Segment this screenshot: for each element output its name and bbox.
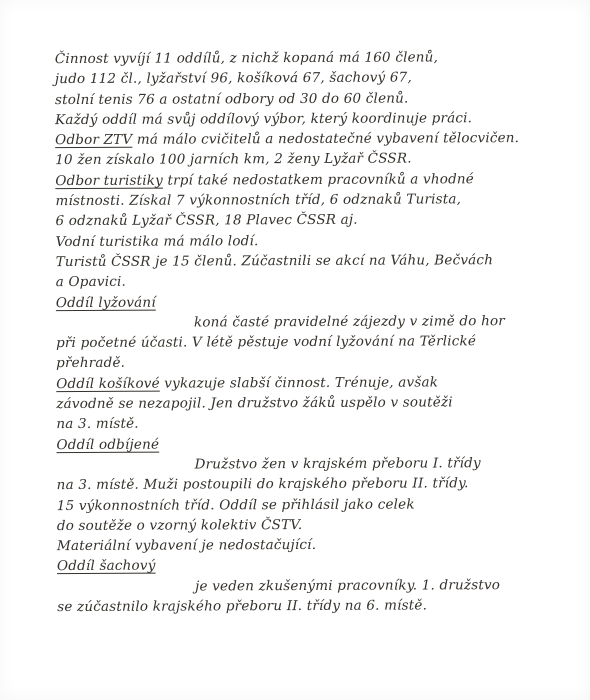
- handwritten-line: Turistů ČSSR je 15 členů. Zúčastnili se …: [56, 250, 556, 272]
- text-segment: na 3. místě.: [56, 416, 138, 432]
- handwritten-line: na 3. místě. Muži postoupili do krajskéh…: [57, 473, 557, 495]
- handwritten-line: Materiální vybavení je nedostačující.: [57, 534, 557, 556]
- handwritten-line: místnosti. Získal 7 výkonnostních tříd, …: [55, 189, 555, 211]
- text-segment: při početné účasti. V létě pěstuje vodní…: [56, 333, 476, 351]
- handwritten-line: Odbor turistiky trpí také nedostatkem pr…: [55, 169, 555, 191]
- handwritten-line: judo 112 čl., lyžařství 96, košíková 67,…: [55, 67, 555, 89]
- text-segment: do soutěže o vzorný kolektiv ČSTV.: [57, 517, 303, 534]
- text-segment: na 3. místě. Muži postoupili do krajskéh…: [57, 476, 469, 494]
- text-segment: vykazuje slabší činnost. Trénuje, avšak: [160, 374, 438, 391]
- text-segment: je veden zkušenými pracovníky. 1. družst…: [195, 577, 500, 594]
- text-segment: přehradě.: [56, 355, 125, 371]
- text-segment: místnosti. Získal 7 výkonnostních tříd, …: [55, 191, 461, 209]
- underlined-heading: Odbor turistiky: [55, 172, 163, 188]
- text-segment: koná časté pravidelné zájezdy v zimě do …: [194, 313, 505, 330]
- handwritten-line: Odbor ZTV má málo cvičitelů a nedostateč…: [55, 128, 555, 150]
- text-segment: Družstvo žen v krajském přeboru I. třídy: [195, 455, 481, 472]
- handwritten-line: se zúčastnilo krajského přeboru II. tříd…: [57, 595, 557, 617]
- text-segment: Činnost vyvíjí 11 oddílů, z nichž kopaná…: [55, 49, 438, 67]
- scanned-page: Činnost vyvíjí 11 oddílů, z nichž kopaná…: [0, 0, 590, 700]
- text-segment: má málo cvičitelů a nedostatečné vybaven…: [132, 130, 519, 148]
- text-segment: 6 odznaků Lyžař ČSSR, 18 Plavec ČSSR aj.: [55, 212, 357, 229]
- handwritten-line: Oddíl košíkové vykazuje slabší činnost. …: [56, 372, 556, 394]
- handwritten-line: Oddíl odbíjené: [56, 433, 556, 455]
- handwritten-line: je veden zkušenými pracovníky. 1. družst…: [57, 575, 557, 597]
- handwritten-line: stolní tenis 76 a ostatní odbory od 30 d…: [55, 88, 555, 110]
- underlined-heading: Oddíl lyžování: [56, 294, 156, 310]
- handwritten-line: na 3. místě.: [56, 412, 556, 434]
- text-segment: stolní tenis 76 a ostatní odbory od 30 d…: [55, 90, 409, 108]
- text-segment: 15 výkonnostních tříd. Oddíl se přihlási…: [57, 496, 415, 514]
- text-segment: a Opavici.: [56, 274, 126, 290]
- text-segment: Materiální vybavení je nedostačující.: [57, 537, 316, 554]
- handwritten-line: 10 žen získalo 100 jarních km, 2 ženy Ly…: [55, 148, 555, 170]
- text-segment: se zúčastnilo krajského přeboru II. tříd…: [57, 597, 427, 615]
- handwritten-line: Činnost vyvíjí 11 oddílů, z nichž kopaná…: [55, 47, 555, 69]
- text-segment: závodně se nezapojil. Jen družstvo žáků …: [56, 394, 453, 412]
- handwritten-line: přehradě.: [56, 351, 556, 373]
- text-segment: Vodní turistika má málo lodí.: [56, 233, 259, 250]
- text-segment: trpí také nedostatkem pracovníků a vhodn…: [163, 171, 474, 188]
- underlined-heading: Oddíl šachový: [57, 558, 156, 574]
- handwritten-line: do soutěže o vzorný kolektiv ČSTV.: [57, 514, 557, 536]
- handwritten-line: koná časté pravidelné zájezdy v zimě do …: [56, 311, 556, 333]
- text-segment: Každý oddíl má svůj oddílový výbor, kter…: [55, 110, 472, 128]
- underlined-heading: Oddíl odbíjené: [56, 436, 159, 452]
- handwritten-line: Oddíl šachový: [57, 554, 557, 576]
- handwritten-line: 15 výkonnostních tříd. Oddíl se přihlási…: [57, 493, 557, 515]
- text-segment: judo 112 čl., lyžařství 96, košíková 67,…: [55, 70, 412, 88]
- underlined-heading: Odbor ZTV: [55, 132, 132, 148]
- handwritten-line: Vodní turistika má málo lodí.: [56, 230, 556, 252]
- handwritten-line: a Opavici.: [56, 270, 556, 292]
- handwritten-line: Družstvo žen v krajském přeboru I. třídy: [57, 453, 557, 475]
- text-segment: Turistů ČSSR je 15 členů. Zúčastnili se …: [56, 252, 493, 270]
- handwritten-line: při početné účasti. V létě pěstuje vodní…: [56, 331, 556, 353]
- underlined-heading: Oddíl košíkové: [56, 375, 160, 391]
- handwritten-line: Každý oddíl má svůj oddílový výbor, kter…: [55, 108, 555, 130]
- handwritten-line: 6 odznaků Lyžař ČSSR, 18 Plavec ČSSR aj.: [55, 209, 555, 231]
- handwritten-text-block: Činnost vyvíjí 11 oddílů, z nichž kopaná…: [55, 47, 557, 617]
- text-segment: 10 žen získalo 100 jarních km, 2 ženy Ly…: [55, 151, 412, 169]
- handwritten-line: Oddíl lyžování: [56, 290, 556, 312]
- handwritten-line: závodně se nezapojil. Jen družstvo žáků …: [56, 392, 556, 414]
